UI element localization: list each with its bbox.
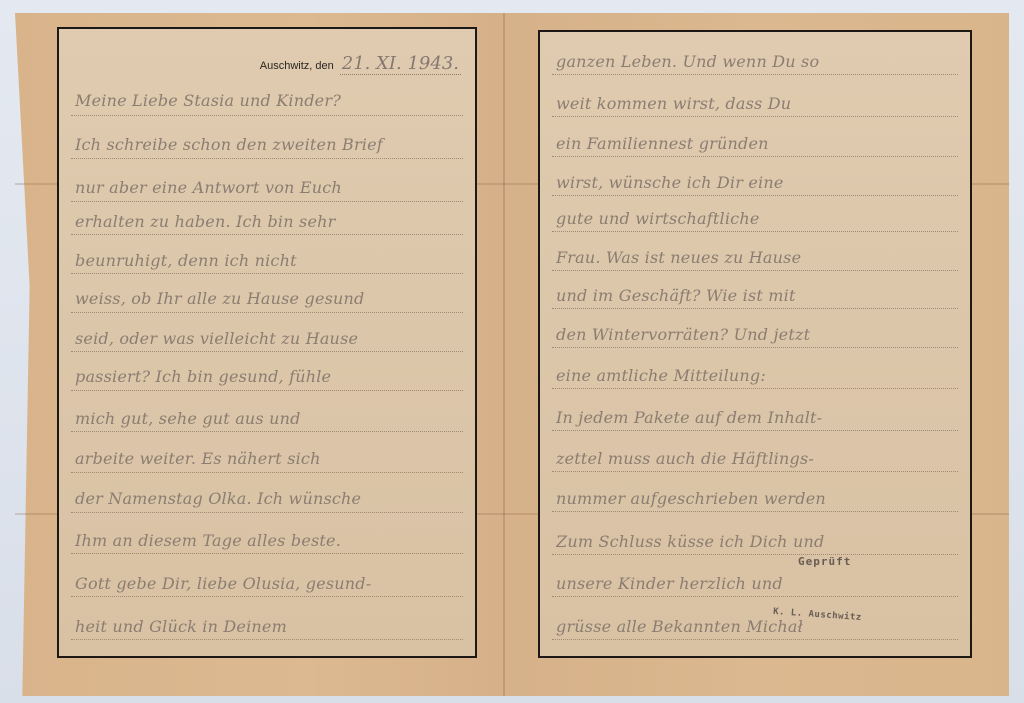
handwritten-line: wirst, wünsche ich Dir eine xyxy=(556,173,960,192)
handwritten-line: grüsse alle Bekannten Michał xyxy=(556,617,960,636)
ruled-line xyxy=(71,553,463,554)
left-page-frame: Auschwitz, den 21. XI. 1943. Meine Liebe… xyxy=(57,27,477,658)
ruled-line xyxy=(552,639,958,640)
ruled-line xyxy=(71,351,463,352)
handwritten-line: mich gut, sehe gut aus und xyxy=(75,409,465,428)
handwritten-line: beunruhigt, denn ich nicht xyxy=(75,251,465,270)
ruled-line xyxy=(71,596,463,597)
handwritten-line: Ich schreibe schon den zweiten Brief xyxy=(75,135,465,154)
handwritten-line: unsere Kinder herzlich und xyxy=(556,574,960,593)
handwritten-line: der Namenstag Olka. Ich wünsche xyxy=(75,489,465,508)
handwritten-line: zettel muss auch die Häftlings- xyxy=(556,449,960,468)
handwritten-line: eine amtliche Mitteilung: xyxy=(556,366,960,385)
ruled-line xyxy=(552,308,958,309)
ruled-line xyxy=(552,156,958,157)
censor-stamp: Geprüft xyxy=(798,555,851,568)
handwritten-line: nummer aufgeschrieben werden xyxy=(556,489,960,508)
handwritten-line: Frau. Was ist neues zu Hause xyxy=(556,248,960,267)
ruled-line xyxy=(552,596,958,597)
ruled-line xyxy=(71,390,463,391)
ruled-line xyxy=(71,273,463,274)
ruled-line xyxy=(552,270,958,271)
handwritten-line: passiert? Ich bin gesund, fühle xyxy=(75,367,465,386)
vertical-fold-crease xyxy=(503,13,505,696)
handwritten-line: seid, oder was vielleicht zu Hause xyxy=(75,329,465,348)
ruled-line xyxy=(552,430,958,431)
ruled-line xyxy=(71,431,463,432)
ruled-line xyxy=(71,234,463,235)
ruled-line xyxy=(552,388,958,389)
right-page-writing-area: ganzen Leben. Und wenn Du so weit kommen… xyxy=(540,32,970,656)
handwritten-line: nur aber eine Antwort von Euch xyxy=(75,178,465,197)
handwritten-line: Gott gebe Dir, liebe Olusia, gesund- xyxy=(75,574,465,593)
ruled-line xyxy=(71,158,463,159)
handwritten-line: arbeite weiter. Es nähert sich xyxy=(75,449,465,468)
ruled-line xyxy=(552,511,958,512)
handwritten-line: heit und Glück in Deinem xyxy=(75,617,465,636)
left-page-writing-area: Auschwitz, den 21. XI. 1943. Meine Liebe… xyxy=(59,29,475,656)
handwritten-line: In jedem Pakete auf dem Inhalt- xyxy=(556,408,960,427)
letter-date: 21. XI. 1943. xyxy=(340,53,461,75)
handwritten-line: weiss, ob Ihr alle zu Hause gesund xyxy=(75,289,465,308)
ruled-line xyxy=(71,512,463,513)
handwritten-line: ein Familiennest gründen xyxy=(556,134,960,153)
ruled-line xyxy=(71,472,463,473)
ruled-line xyxy=(552,231,958,232)
ruled-line xyxy=(552,116,958,117)
handwritten-line: Zum Schluss küsse ich Dich und xyxy=(556,532,960,551)
handwritten-line: ganzen Leben. Und wenn Du so xyxy=(556,52,960,71)
ruled-line xyxy=(552,74,958,75)
handwritten-line: Meine Liebe Stasia und Kinder? xyxy=(75,91,465,110)
ruled-line xyxy=(71,312,463,313)
right-page-frame: ganzen Leben. Und wenn Du so weit kommen… xyxy=(538,30,972,658)
ruled-line xyxy=(552,195,958,196)
place-label: Auschwitz, den xyxy=(260,60,334,72)
ruled-line xyxy=(552,554,958,555)
handwritten-line: den Wintervorräten? Und jetzt xyxy=(556,325,960,344)
ruled-line xyxy=(71,639,463,640)
handwritten-line: und im Geschäft? Wie ist mit xyxy=(556,286,960,305)
letter-header: Auschwitz, den 21. XI. 1943. xyxy=(260,53,461,75)
handwritten-line: erhalten zu haben. Ich bin sehr xyxy=(75,212,465,231)
handwritten-line: Ihm an diesem Tage alles beste. xyxy=(75,531,465,550)
ruled-line xyxy=(552,471,958,472)
handwritten-line: weit kommen wirst, dass Du xyxy=(556,94,960,113)
ruled-line xyxy=(552,347,958,348)
ruled-line xyxy=(71,201,463,202)
handwritten-line: gute und wirtschaftliche xyxy=(556,209,960,228)
ruled-line xyxy=(71,115,463,116)
